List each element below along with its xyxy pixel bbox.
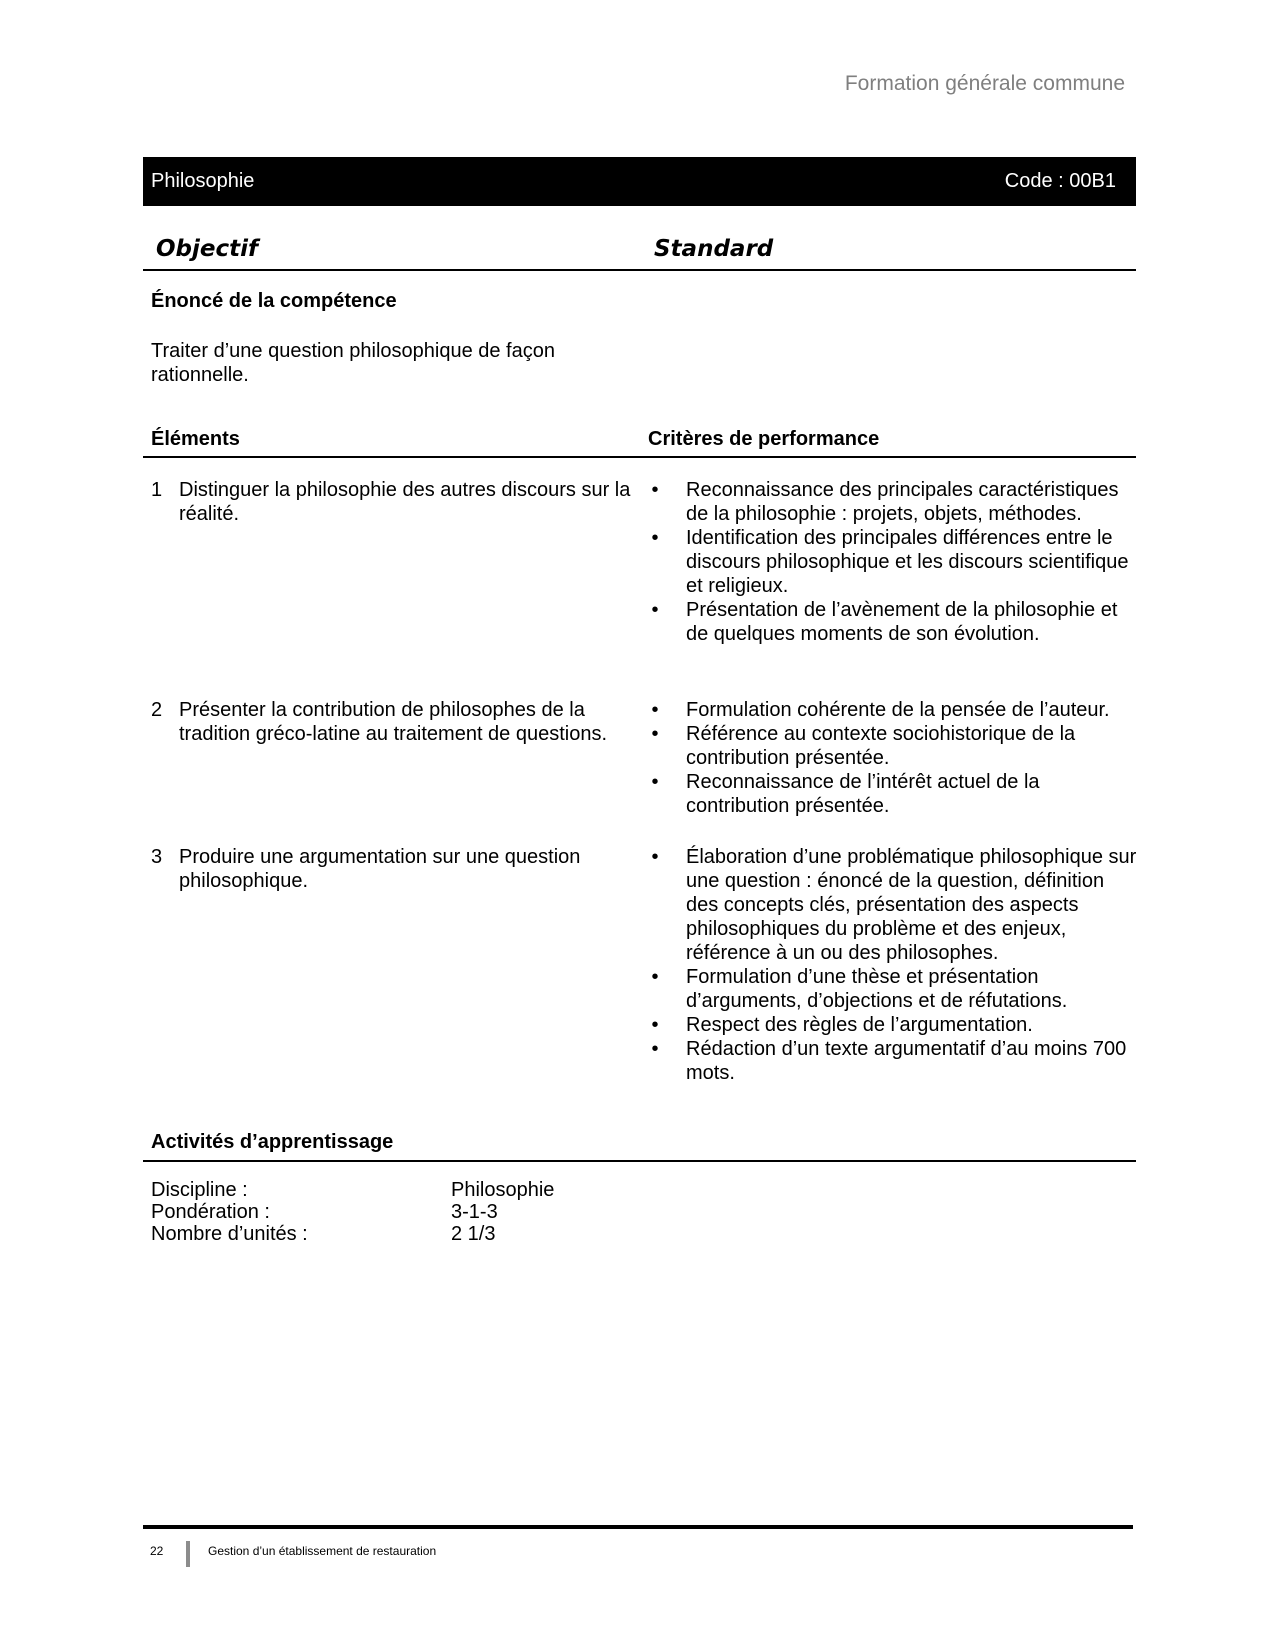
criterion-item: •Élaboration d’une problématique philoso…: [648, 845, 1138, 965]
objective-heading: Objectif: [156, 236, 258, 262]
bullet-icon: •: [648, 1037, 662, 1061]
criterion-text: Reconnaissance des principales caractéri…: [686, 479, 1118, 525]
bullet-icon: •: [648, 478, 662, 502]
criteria-list: •Formulation cohérente de la pensée de l…: [648, 698, 1138, 818]
element-number: 1: [151, 478, 162, 502]
criterion-item: •Reconnaissance de l’intérêt actuel de l…: [648, 770, 1138, 818]
footer-separator: [186, 1541, 190, 1567]
bullet-icon: •: [648, 845, 662, 869]
criterion-text: Respect des règles de l’argumentation.: [686, 1014, 1033, 1036]
criterion-text: Élaboration d’une problématique philosop…: [686, 846, 1136, 964]
criterion-item: •Présentation de l’avènement de la philo…: [648, 598, 1138, 646]
criterion-text: Identification des principales différenc…: [686, 527, 1128, 597]
divider: [143, 269, 1136, 271]
activities-heading: Activités d’apprentissage: [151, 1131, 393, 1154]
bullet-icon: •: [648, 1013, 662, 1037]
course-subject: Philosophie: [151, 170, 254, 193]
activity-value: 3-1-3: [451, 1201, 498, 1223]
element-number: 3: [151, 845, 162, 869]
activity-label: Nombre d’unités :: [151, 1223, 308, 1245]
criterion-item: •Rédaction d’un texte argumentatif d’au …: [648, 1037, 1138, 1085]
document-title: Gestion d’un établissement de restaurati…: [208, 1544, 436, 1558]
activity-value: Philosophie: [451, 1179, 554, 1201]
footer-rule: [143, 1525, 1133, 1529]
criterion-item: •Identification des principales différen…: [648, 526, 1138, 598]
divider: [143, 1160, 1136, 1162]
criterion-text: Rédaction d’un texte argumentatif d’au m…: [686, 1038, 1126, 1084]
criterion-item: •Reconnaissance des principales caractér…: [648, 478, 1138, 526]
criterion-text: Formulation d’une thèse et présentation …: [686, 966, 1067, 1012]
elements-heading: Éléments: [151, 428, 240, 451]
criterion-item: •Respect des règles de l’argumentation.: [648, 1013, 1138, 1037]
element-text: Distinguer la philosophie des autres dis…: [179, 478, 631, 526]
criteria-list: •Reconnaissance des principales caractér…: [648, 478, 1138, 646]
divider: [143, 456, 1136, 458]
bullet-icon: •: [648, 965, 662, 989]
element-number: 2: [151, 698, 162, 722]
criterion-text: Reconnaissance de l’intérêt actuel de la…: [686, 771, 1040, 817]
bullet-icon: •: [648, 598, 662, 622]
bullet-icon: •: [648, 722, 662, 746]
competence-heading: Énoncé de la compétence: [151, 290, 397, 313]
bullet-icon: •: [648, 770, 662, 794]
page-number: 22: [150, 1544, 163, 1558]
element-text: Présenter la contribution de philosophes…: [179, 698, 631, 746]
criterion-item: •Référence au contexte sociohistorique d…: [648, 722, 1138, 770]
course-code: Code : 00B1: [1005, 170, 1116, 193]
criterion-item: •Formulation cohérente de la pensée de l…: [648, 698, 1138, 722]
criterion-text: Présentation de l’avènement de la philos…: [686, 599, 1117, 645]
bullet-icon: •: [648, 698, 662, 722]
criteria-list: •Élaboration d’une problématique philoso…: [648, 845, 1138, 1085]
competence-statement: Traiter d’une question philosophique de …: [151, 339, 591, 387]
running-head: Formation générale commune: [845, 72, 1125, 96]
activity-label: Discipline :: [151, 1179, 248, 1201]
activity-label: Pondération :: [151, 1201, 270, 1223]
bullet-icon: •: [648, 526, 662, 550]
standard-heading: Standard: [654, 236, 773, 262]
criteria-heading: Critères de performance: [648, 428, 879, 451]
criterion-text: Référence au contexte sociohistorique de…: [686, 723, 1075, 769]
activity-value: 2 1/3: [451, 1223, 495, 1245]
criterion-item: •Formulation d’une thèse et présentation…: [648, 965, 1138, 1013]
course-title-bar: Philosophie Code : 00B1: [143, 157, 1136, 206]
element-text: Produire une argumentation sur une quest…: [179, 845, 631, 893]
criterion-text: Formulation cohérente de la pensée de l’…: [686, 699, 1110, 721]
